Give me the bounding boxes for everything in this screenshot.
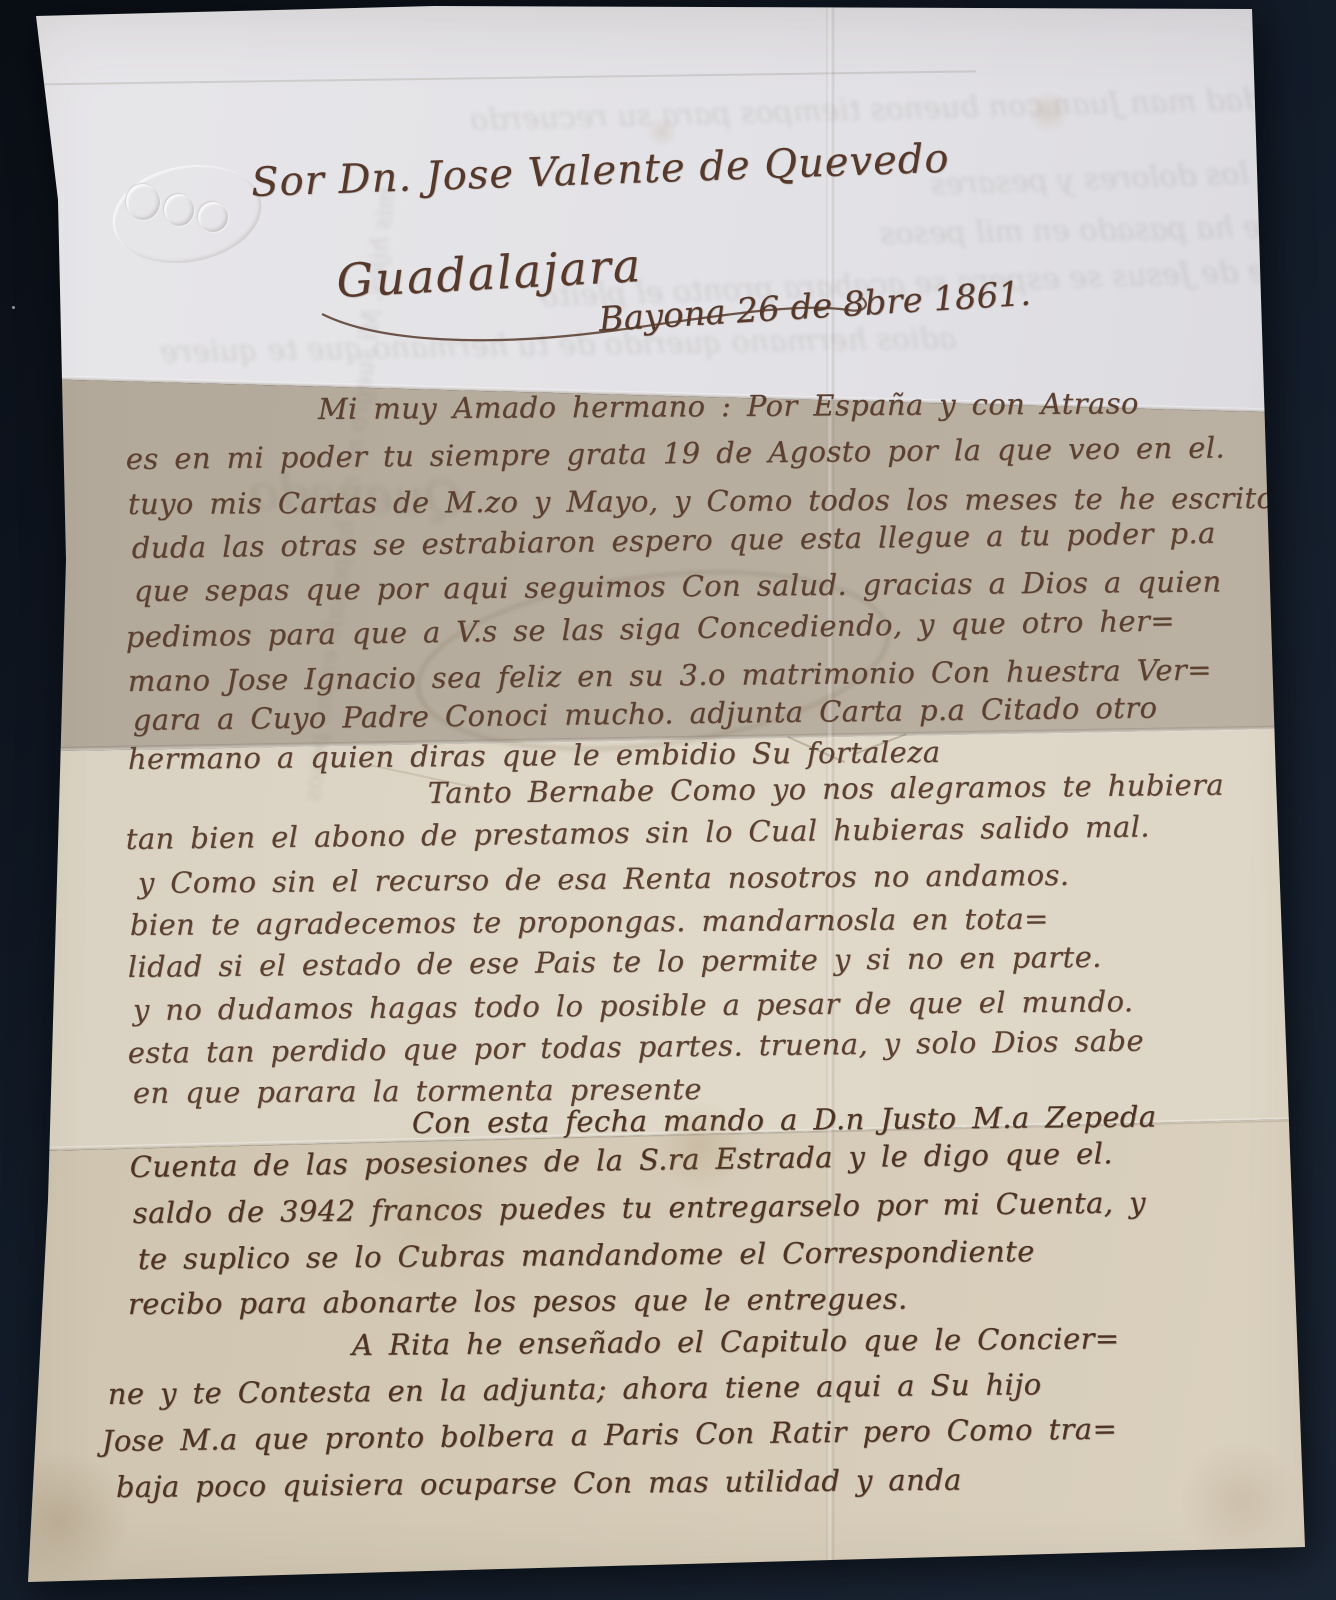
letter-line: A Rita he enseñado el Capitulo que le Co… [352, 1321, 1120, 1362]
letter-line: hermano a quien diras que le embidio Su … [128, 735, 941, 776]
photo-background: verdad man Juan con buenos tiempos para … [0, 0, 1336, 1600]
embossed-seal-ring [164, 194, 194, 226]
letter-paper: verdad man Juan con buenos tiempos para … [0, 0, 1336, 1600]
letter-line: Con esta fecha mando a D.n Justo M.a Zep… [412, 1100, 1157, 1140]
letter-line: recibo para abonarte los pesos que le en… [128, 1282, 908, 1321]
letter-line: bien te agradecemos te propongas. mandar… [130, 902, 1049, 942]
embossed-seal-ring [126, 184, 160, 220]
letter-paper-shadow: verdad man Juan con buenos tiempos para … [0, 0, 1336, 1600]
letter-line: tuyo mis Cartas de M.zo y Mayo, y Como t… [128, 481, 1334, 521]
embossed-seal-ring [198, 202, 228, 232]
letter-line: Mi muy Amado hermano : Por España y con … [318, 386, 1139, 426]
embossed-seal [112, 162, 272, 272]
